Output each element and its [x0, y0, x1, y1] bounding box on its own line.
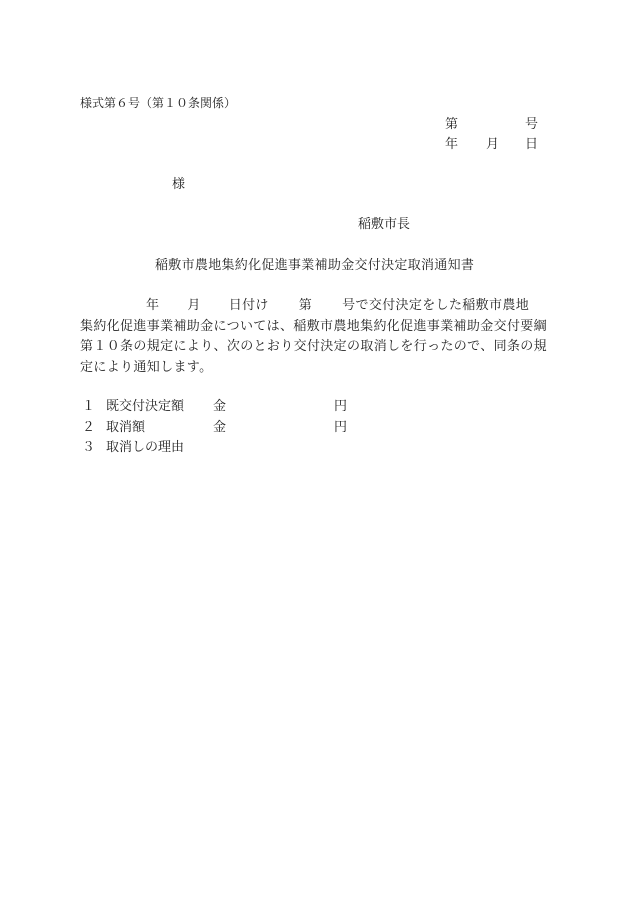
item-label: 取消額 — [106, 418, 145, 439]
body-year-label: 年 — [146, 298, 159, 313]
item-label-char: 額 — [132, 418, 145, 439]
body-line-2: 集約化促進事業補助金については、稲敷市農地集約化促進事業補助金交付要綱 — [80, 317, 580, 338]
body-line-4: 定により通知します。 — [80, 358, 580, 379]
item-amount-unit: 円 — [334, 397, 347, 418]
doc-number-prefix: 第 — [445, 117, 458, 133]
body-no-prefix: 第 — [299, 298, 312, 313]
body-line-3: 第１０条の規定により、次のとおり交付決定の取消しを行ったので、同条の規 — [80, 337, 580, 358]
body-line-1-rest: 号で交付決定をした稲敷市農地 — [342, 298, 529, 313]
body-line-1: 年月日付け第号で交付決定をした稲敷市農地 — [80, 296, 580, 317]
item-label: 取消しの理由 — [106, 438, 184, 459]
list-item: １ 既交付決定額 金 円 — [80, 397, 380, 418]
body-month-label: 月 — [187, 298, 200, 313]
item-amount-prefix: 金 — [213, 397, 226, 418]
body-paragraph: 年月日付け第号で交付決定をした稲敷市農地 集約化促進事業補助金については、稲敷市… — [80, 296, 580, 378]
date-day-label: 日 — [525, 137, 538, 153]
list-item: ３ 取消しの理由 — [80, 438, 380, 459]
item-label-char: 消 — [119, 418, 132, 439]
recipient-honorific: 様 — [172, 177, 185, 193]
item-amount-unit: 円 — [334, 418, 347, 439]
doc-number-suffix: 号 — [525, 117, 538, 133]
date-month-label: 月 — [486, 137, 499, 153]
date-year-label: 年 — [445, 137, 458, 153]
item-number: ２ — [82, 418, 95, 439]
item-number: ３ — [82, 438, 95, 459]
item-number: １ — [82, 397, 95, 418]
document-title: 稲敷市農地集約化促進事業補助金交付決定取消通知書 — [155, 258, 474, 274]
issuer: 稲敷市長 — [358, 217, 410, 233]
form-id: 様式第６号（第１０条関係） — [80, 95, 236, 111]
item-label-char: 取 — [106, 418, 119, 439]
list-item: ２ 取消額 金 円 — [80, 418, 380, 439]
item-label: 既交付決定額 — [106, 397, 184, 418]
items-list: １ 既交付決定額 金 円 ２ 取消額 金 円 ３ 取消しの理由 — [80, 397, 380, 459]
body-day-dated-label: 日付け — [229, 298, 269, 313]
item-amount-prefix: 金 — [213, 418, 226, 439]
